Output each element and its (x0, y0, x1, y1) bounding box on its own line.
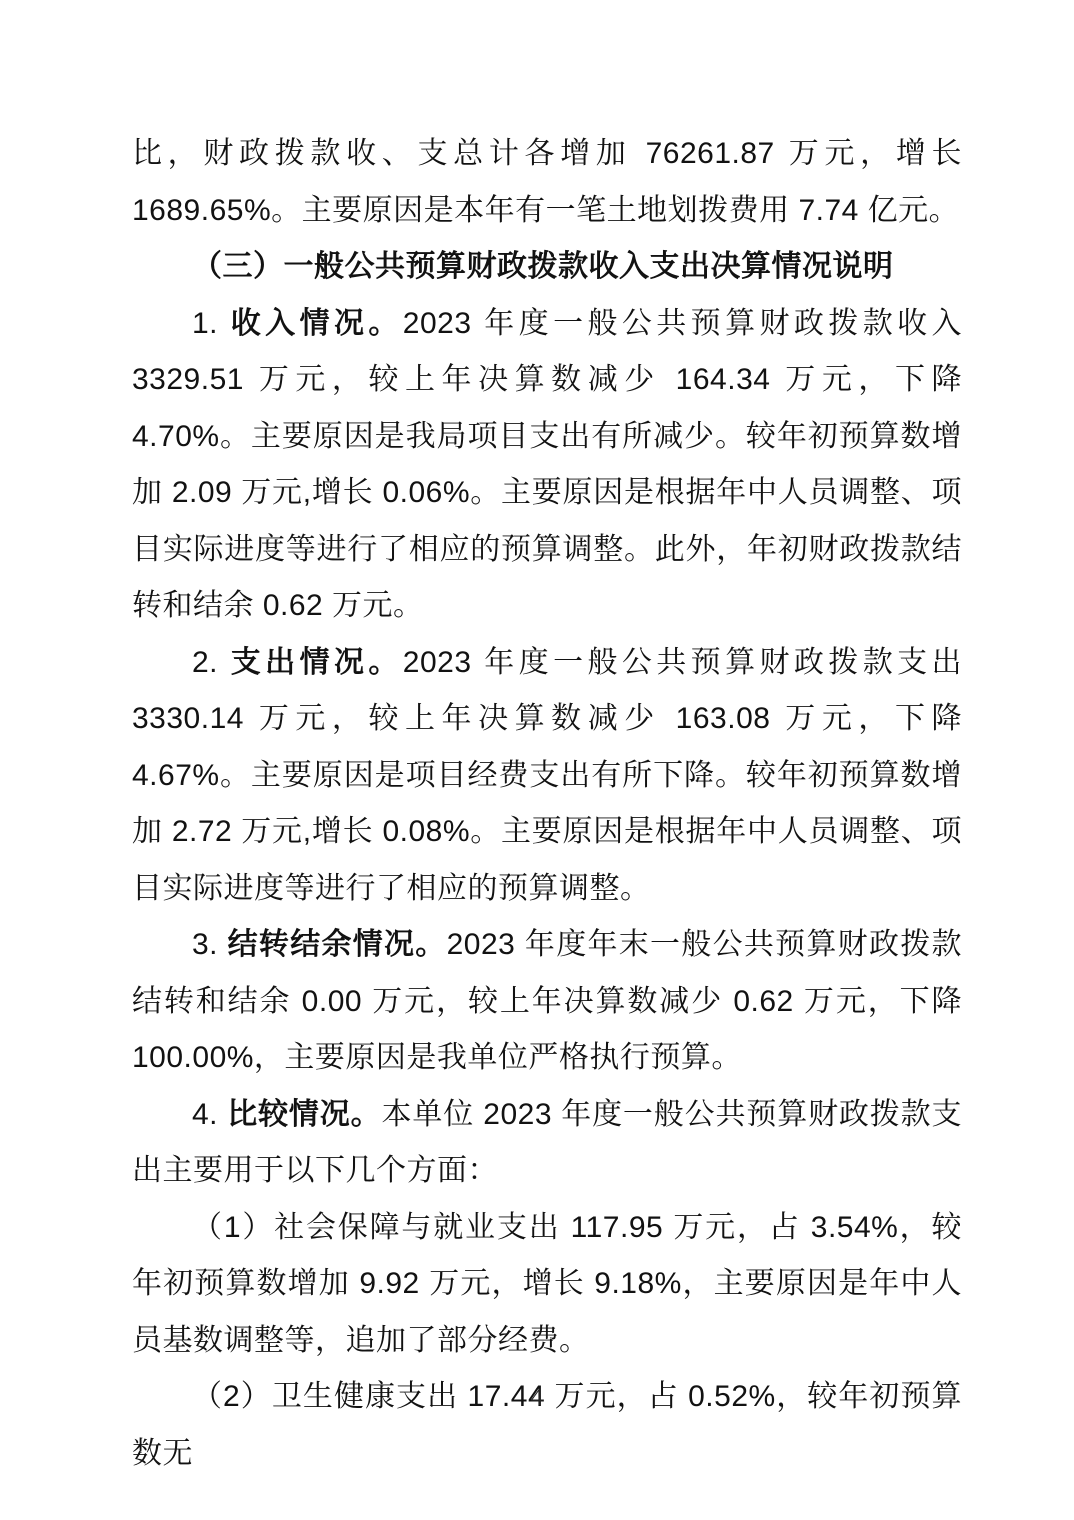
paragraph-comparison: 4. 比较情况。本单位 2023 年度一般公共预算财政拨款支出主要用于以下几个方… (132, 1087, 962, 1200)
item-term-carryover: 结转结余情况。 (228, 928, 447, 961)
page-number: 4 (0, 1384, 1074, 1412)
paragraph-expenditure: 2. 支出情况。2023 年度一般公共预算财政拨款支出 3330.14 万元，较… (132, 635, 962, 918)
paragraph-continuation: 比，财政拨款收、支总计各增加 76261.87 万元，增长 1689.65%。主… (132, 126, 962, 239)
document-page: 比，财政拨款收、支总计各增加 76261.87 万元，增长 1689.65%。主… (0, 0, 1074, 1520)
section-heading: （三）一般公共预算财政拨款收入支出决算情况说明 (132, 239, 962, 296)
page-content: 比，财政拨款收、支总计各增加 76261.87 万元，增长 1689.65%。主… (132, 126, 962, 1482)
item-number: 1. (192, 307, 231, 340)
paragraph-income: 1. 收入情况。2023 年度一般公共预算财政拨款收入 3329.51 万元，较… (132, 296, 962, 635)
paragraph-carryover: 3. 结转结余情况。2023 年度年末一般公共预算财政拨款结转和结余 0.00 … (132, 917, 962, 1087)
item-term-expenditure: 支出情况。 (231, 646, 403, 679)
item-number: 4. (192, 1098, 227, 1131)
paragraph-social-security: （1）社会保障与就业支出 117.95 万元，占 3.54%，较年初预算数增加 … (132, 1200, 962, 1370)
item-term-comparison: 比较情况。 (227, 1098, 381, 1131)
item-text-income: 2023 年度一般公共预算财政拨款收入 3329.51 万元，较上年决算数减少 … (132, 307, 962, 623)
item-number: 3. (192, 928, 228, 961)
item-term-income: 收入情况。 (231, 307, 403, 340)
item-text-expenditure: 2023 年度一般公共预算财政拨款支出 3330.14 万元，较上年决算数减少 … (132, 646, 962, 905)
item-number: 2. (192, 646, 231, 679)
